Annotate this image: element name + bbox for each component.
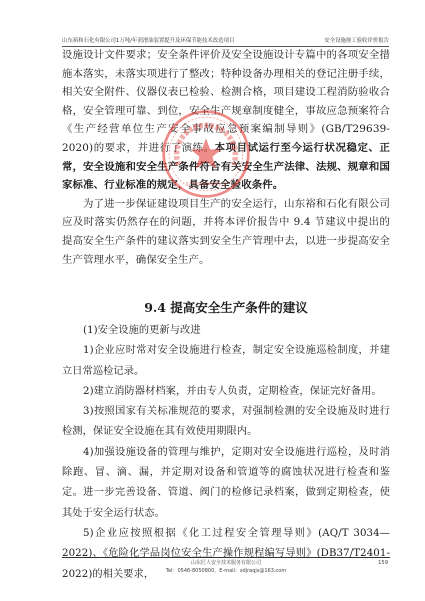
recommendation-item: 1)企业应时常对安全设施进行检查，制定安全设施巡检制度，并建立日常巡检记录。	[62, 341, 390, 382]
recommendation-item: 4)加强设施设备的管理与维护，定期对安全设施进行巡检，及时消除跑、冒、滴、漏，并…	[62, 443, 390, 524]
recommendations-block: (1)安全设施的更新与改进 1)企业应时常对安全设施进行检查，制定安全设施巡检制…	[62, 321, 390, 585]
conclusion-block: 设施设计文件要求；安全条件评价及安全设施设计专篇中的各项安全措施本落实，未落实项…	[62, 46, 390, 269]
page-number: 159	[378, 560, 388, 566]
header-project-title: 山东裕和石化有限公司1万吨/年润滑油装置提升及环保节能技术改造项目	[62, 36, 234, 44]
recommendation-item: 2)建立消防器材档案，并由专人负责，定期检查，保证完好备用。	[62, 382, 390, 402]
conclusion-paragraph: 设施设计文件要求；安全条件评价及安全设施设计专篇中的各项安全措施本落实，未落实项…	[62, 46, 390, 195]
footer-company: 山东匠人安全技术服务有限公司	[62, 559, 390, 566]
followup-paragraph: 为了进一步保证建设项目生产的安全运行，山东裕和石化有限公司应及时落实仍然存在的问…	[62, 195, 390, 269]
footer-contact: Tel：0546-8050800，E-mail：sdjraqjs@163.com	[62, 567, 390, 574]
header-report-title: 安全设施竣工验收评价报告	[324, 36, 389, 44]
page-footer: 山东匠人安全技术服务有限公司 Tel：0546-8050800，E-mail：s…	[62, 558, 390, 578]
document-page: 山东裕和石化有限公司1万吨/年润滑油装置提升及环保节能技术改造项目 安全设施竣工…	[0, 0, 425, 601]
subheading: (1)安全设施的更新与改进	[62, 321, 390, 341]
section-title: 9.4 提高安全生产条件的建议	[62, 300, 390, 316]
conclusion-text: 设施设计文件要求；安全条件评价及安全设施设计专篇中的各项安全措施本落实，未落实项…	[62, 49, 390, 154]
recommendation-item: 3)按照国家有关标准规范的要求，对强制检测的安全设施及时进行检测，保证安全设施在…	[62, 402, 390, 443]
